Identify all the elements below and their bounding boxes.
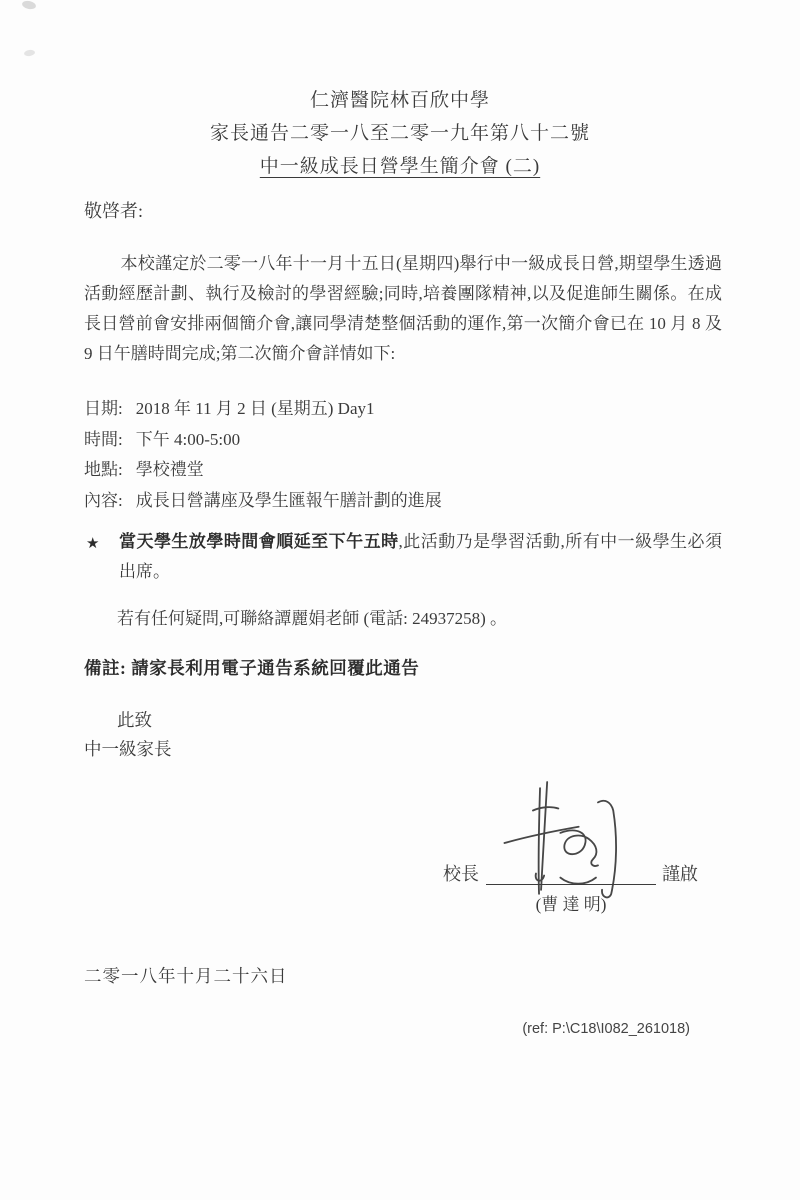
detail-value: 學校禮堂 [136, 455, 204, 480]
respect-label: 謹啟 [662, 860, 698, 886]
detail-row-content: 內容: 成長日營講座及學生匯報午膳計劃的進展 [84, 486, 442, 517]
closing-cishi: 此致 [117, 707, 152, 732]
detail-row-venue: 地點: 學校禮堂 [84, 455, 442, 486]
notice-subject: 中一級成長日營學生簡介會 (二) [0, 150, 800, 183]
principal-label: 校長 [443, 860, 479, 886]
detail-label: 日期: [84, 394, 123, 419]
notice-document-page: 仁濟醫院林百欣中學 家長通告二零一八至二零一九年第八十二號 中一級成長日營學生簡… [0, 0, 800, 1200]
enquiry-line: 若有任何疑問,可聯絡譚麗娟老師 (電話: 24937258) 。 [117, 604, 507, 629]
salutation: 敬啓者: [84, 197, 143, 223]
notice-number: 家長通告二零一八至二零一九年第八十二號 [0, 117, 800, 150]
scan-speck [21, 0, 36, 10]
detail-label: 內容: [84, 486, 123, 511]
detail-value: 成長日營講座及學生匯報午膳計劃的進展 [136, 486, 442, 511]
principal-name: (曹 達 明) [486, 890, 656, 915]
closing-recipient: 中一級家長 [84, 736, 172, 761]
detail-row-date: 日期: 2018 年 11 月 2 日 (星期五) Day1 [84, 394, 442, 425]
detail-label: 地點: [84, 455, 123, 480]
important-note-text: 當天學生放學時間會順延至下午五時,此活動乃是學習活動,所有中一級學生必須出席。 [119, 527, 722, 587]
event-details: 日期: 2018 年 11 月 2 日 (星期五) Day1 時間: 下午 4:… [84, 394, 442, 516]
detail-value: 下午 4:00-5:00 [136, 425, 240, 450]
detail-row-time: 時間: 下午 4:00-5:00 [84, 425, 442, 456]
school-name: 仁濟醫院林百欣中學 [0, 84, 800, 117]
scan-speck [24, 49, 36, 56]
text-segment: 當天學生放學時間會順延至下午五時 [119, 532, 399, 551]
document-header: 仁濟醫院林百欣中學 家長通告二零一八至二零一九年第八十二號 中一級成長日營學生簡… [0, 84, 800, 183]
detail-value: 2018 年 11 月 2 日 (星期五) Day1 [136, 394, 375, 419]
body-paragraph: 本校謹定於二零一八年十一月十五日(星期四)舉行中一級成長日營,期望學生透過活動經… [84, 249, 722, 369]
star-icon: ★ [86, 527, 119, 587]
issue-date: 二零一八年十月二十六日 [84, 963, 288, 988]
detail-label: 時間: [84, 425, 123, 450]
remark-line: 備註: 請家長利用電子通告系統回覆此通告 [84, 655, 419, 680]
important-note: ★ 當天學生放學時間會順延至下午五時,此活動乃是學習活動,所有中一級學生必須出席… [86, 527, 722, 587]
file-reference: (ref: P:\C18\I082_261018) [522, 1021, 690, 1037]
signature-line [486, 884, 656, 885]
